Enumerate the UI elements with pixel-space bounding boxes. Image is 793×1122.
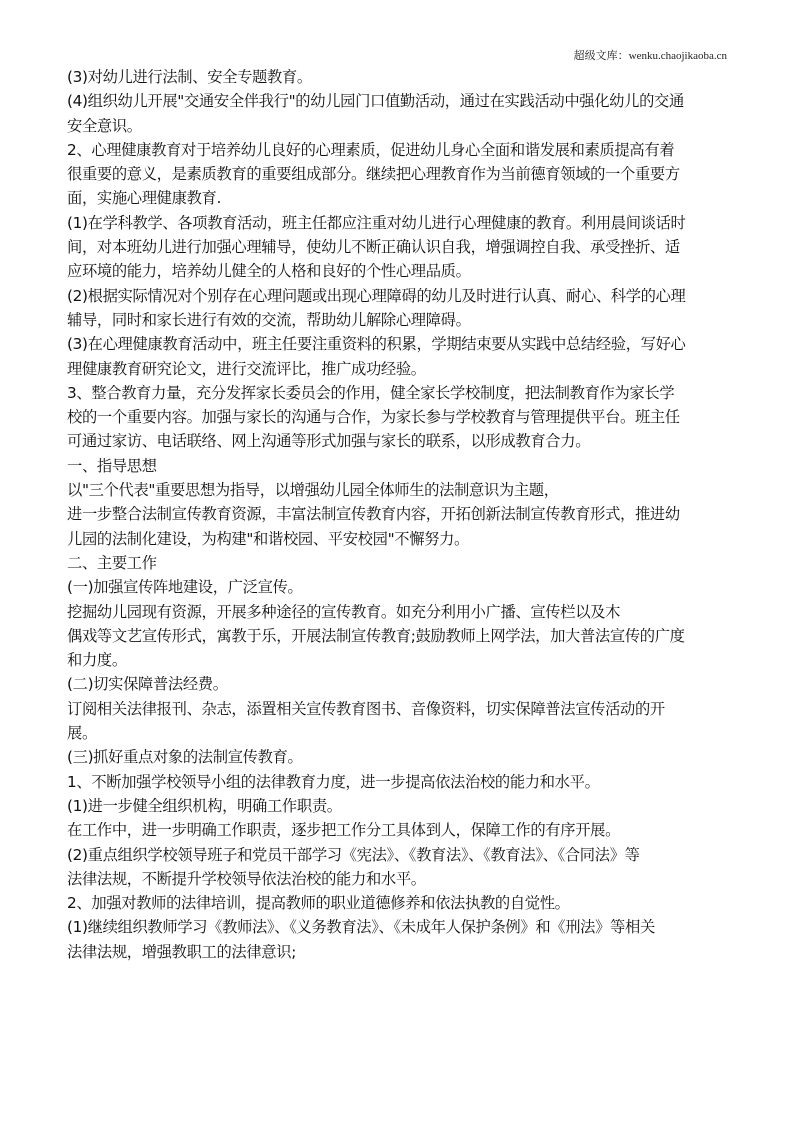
text-line: 理健康教育研究论文，进行交流评比，推广成功经验。 [67, 357, 731, 381]
section-heading: 一、指导思想 [67, 454, 731, 478]
text-line: (3)在心理健康教育活动中，班主任要注重资料的积累，学期结束要从实践中总结经验，… [67, 332, 731, 356]
text-line: 很重要的意义，是素质教育的重要组成部分。继续把心理教育作为当前德育领域的一个重要… [67, 162, 731, 186]
text-line: 偶戏等文艺宣传形式，寓教于乐，开展法制宣传教育;鼓励教师上网学法，加大普法宣传的… [67, 624, 731, 648]
text-line: 面，实施心理健康教育. [67, 186, 731, 210]
text-line: 3、整合教育力量，充分发挥家长委员会的作用，健全家长学校制度，把法制教育作为家长… [67, 381, 731, 405]
page-header-site-label: 超级文库：wenku.chaojikaoba.cn [574, 47, 727, 63]
text-line: (1)在学科教学、各项教育活动，班主任都应注重对幼儿进行心理健康的教育。利用晨间… [67, 211, 731, 235]
text-line: 展。 [67, 721, 731, 745]
text-line: 1、不断加强学校领导小组的法律教育力度，进一步提高依法治校的能力和水平。 [67, 770, 731, 794]
text-line: 应环境的能力，培养幼儿健全的人格和良好的个性心理品质。 [67, 259, 731, 283]
text-line: 可通过家访、电话联络、网上沟通等形式加强与家长的联系，以形成教育合力。 [67, 429, 731, 453]
text-line: 法律法规，不断提升学校领导依法治校的能力和水平。 [67, 867, 731, 891]
document-body: (3)对幼儿进行法制、安全专题教育。 (4)组织幼儿开展"交通安全伴我行"的幼儿… [67, 65, 731, 964]
text-line: 订阅相关法律报刊、杂志，添置相关宣传教育图书、音像资料，切实保障普法宣传活动的开 [67, 697, 731, 721]
text-line: (2)根据实际情况对个别存在心理问题或出现心理障碍的幼儿及时进行认真、耐心、科学… [67, 284, 731, 308]
text-line: (2)重点组织学校领导班子和党员干部学习《宪法》、《教育法》、《教育法》、《合同… [67, 843, 731, 867]
text-line: 和力度。 [67, 648, 731, 672]
text-line: 以"三个代表"重要思想为指导，以增强幼儿园全体师生的法制意识为主题， [67, 478, 731, 502]
text-line: 安全意识。 [67, 114, 731, 138]
text-line: 法律法规，增强教职工的法律意识; [67, 940, 731, 964]
subsection-heading: (二)切实保障普法经费。 [67, 672, 731, 696]
subsection-heading: (一)加强宣传阵地建设，广泛宣传。 [67, 575, 731, 599]
text-line: 儿园的法制化建设，为构建"和谐校园、平安校园"不懈努力。 [67, 527, 731, 551]
text-line: 进一步整合法制宣传教育资源，丰富法制宣传教育内容，开拓创新法制宣传教育形式，推进… [67, 502, 731, 526]
text-line: 挖掘幼儿园现有资源，开展多种途径的宣传教育。如充分利用小广播、宣传栏以及木 [67, 600, 731, 624]
text-line: (3)对幼儿进行法制、安全专题教育。 [67, 65, 731, 89]
text-line: 在工作中，进一步明确工作职责，逐步把工作分工具体到人，保障工作的有序开展。 [67, 818, 731, 842]
text-line: 间，对本班幼儿进行加强心理辅导，使幼儿不断正确认识自我，增强调控自我、承受挫折、… [67, 235, 731, 259]
text-line: 校的一个重要内容。加强与家长的沟通与合作，为家长参与学校教育与管理提供平台。班主… [67, 405, 731, 429]
text-line: 辅导，同时和家长进行有效的交流，帮助幼儿解除心理障碍。 [67, 308, 731, 332]
text-line: (1)继续组织教师学习《教师法》、《义务教育法》、《未成年人保护条例》和《刑法》… [67, 915, 731, 939]
text-line: 2、心理健康教育对于培养幼儿良好的心理素质，促进幼儿身心全面和谐发展和素质提高有… [67, 138, 731, 162]
text-line: 2、加强对教师的法律培训，提高教师的职业道德修养和依法执教的自觉性。 [67, 891, 731, 915]
text-line: (4)组织幼儿开展"交通安全伴我行"的幼儿园门口值勤活动，通过在实践活动中强化幼… [67, 89, 731, 113]
text-line: (1)进一步健全组织机构，明确工作职责。 [67, 794, 731, 818]
section-heading: 二、主要工作 [67, 551, 731, 575]
subsection-heading: (三)抓好重点对象的法制宣传教育。 [67, 745, 731, 769]
